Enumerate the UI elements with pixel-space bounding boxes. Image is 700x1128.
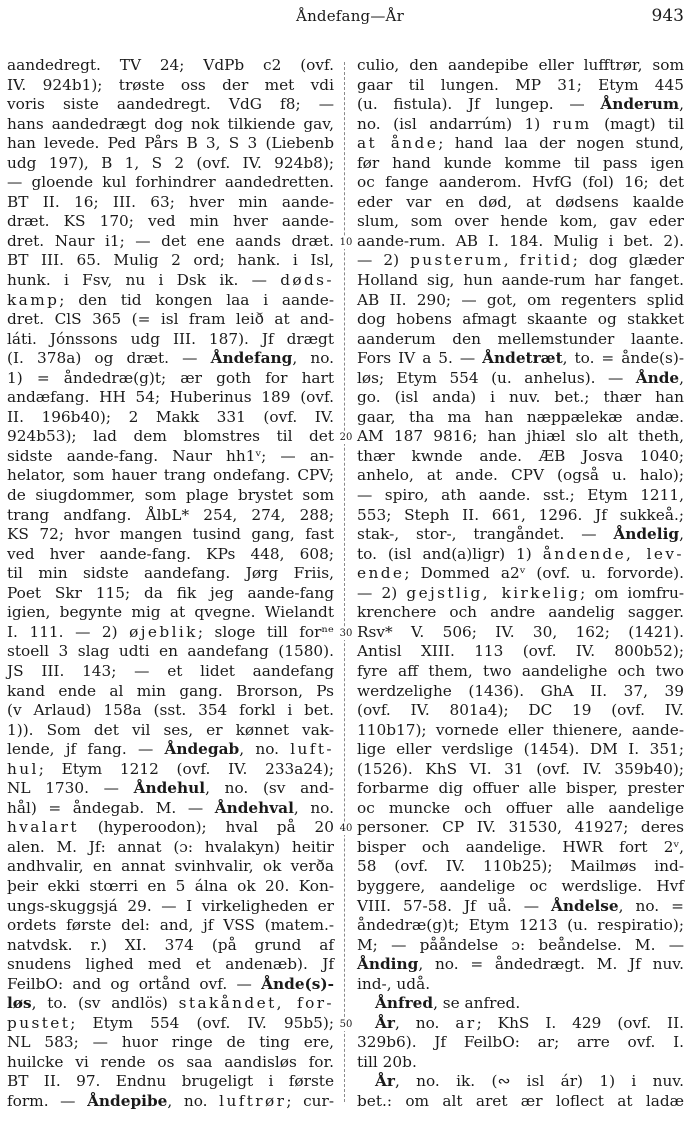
text-line: oc muncke och offuer alle aandelige xyxy=(357,799,684,819)
line-number: 50 xyxy=(339,1019,353,1031)
text-line: Ånfred, se anfred. xyxy=(357,994,684,1014)
text-line: gaar til lungen. MP 31; Etym 445 xyxy=(357,76,684,96)
text-line: Antisl XIII. 113 (ovf. IV. 800b52); xyxy=(357,642,684,662)
headword: Åndelse xyxy=(551,897,619,915)
text-line: — gloende kul forhindrer aandedretten. xyxy=(7,173,334,193)
spaced-definition: pusterum xyxy=(410,251,504,269)
headword: År xyxy=(375,1072,395,1090)
text-line: — 2) pusterum, fritid; dog glæder xyxy=(357,251,684,271)
text-line: forbarme dig offuer alle bisper, prester xyxy=(357,779,684,799)
text-line: 553; Steph II. 661, 1296. Jf sukkeå.; xyxy=(357,506,684,526)
text-line: trang andfang. ÅlbL* 254, 274, 288; xyxy=(7,506,334,526)
text-line: AM 187 9816; han jhiæl slo alt theth, xyxy=(357,427,684,447)
right-column: culio, den aandepibe eller lufftrør, som… xyxy=(357,56,684,1112)
headword: Åndegab xyxy=(165,740,240,758)
text-line: BT II. 16; III. 63; hver min aande- xyxy=(7,193,334,213)
text-line: bet.: om alt aret ær loflect at ladæ xyxy=(357,1092,684,1112)
text-line: go. (isl anda) i nuv. bet.; thær han xyxy=(357,388,684,408)
text-line: alen. M. Jf: annat (ɔ: hvalakyn) heitir xyxy=(7,838,334,858)
spaced-definition: hul xyxy=(7,760,39,778)
text-line: de siugdommer, som plage brystet som xyxy=(7,486,334,506)
headword: Åndefang xyxy=(211,349,293,367)
text-line: aande-rum. AB I. 184. Mulig i bet. 2). xyxy=(357,232,684,252)
text-line: stak-, stor-, trangåndet. — Åndelig, xyxy=(357,525,684,545)
text-line: M; — pååndelse ɔ: beåndelse. M. — xyxy=(357,936,684,956)
text-line: to. (isl and(a)ligr) 1) åndende, lev- xyxy=(357,545,684,565)
spaced-definition: stakåndet, for- xyxy=(179,994,334,1012)
text-line: I. 111. — 2) øjeblik; sloge till forⁿᵉ xyxy=(7,623,334,643)
text-line: NL 1730. — Åndehul, no. (sv and- xyxy=(7,779,334,799)
text-line: helator, som hauer trang ondefang. CPV; xyxy=(7,466,334,486)
text-line: KS 72; hvor mangen tusind gang, fast xyxy=(7,525,334,545)
text-line: Ånding, no. = åndedrægt. M. Jf nuv. xyxy=(357,955,684,975)
text-line: BT III. 65. Mulig 2 ord; hank. i Isl, xyxy=(7,251,334,271)
spaced-definition: åndende, lev- xyxy=(543,545,684,563)
spaced-definition: rum xyxy=(553,115,592,133)
text-line: til min sidste aandefang. Jørg Friis, xyxy=(7,564,334,584)
text-line: voris siste aandedregt. VdG f8; — xyxy=(7,95,334,115)
text-line: kamp; den tid kongen laa i aande- xyxy=(7,291,334,311)
text-line: snudens lighed med et andenæb). Jf xyxy=(7,955,334,975)
headword: Ånde(s)- xyxy=(261,975,334,993)
text-line: dog hobens afmagt skaante og stakket xyxy=(357,310,684,330)
text-line: 1) = åndedræ(g)t; ær goth for hart xyxy=(7,369,334,389)
spaced-definition: at ånde xyxy=(357,134,438,152)
text-line: — 2) gejstlig, kirkelig; om iomfru- xyxy=(357,584,684,604)
headword: Åndehval xyxy=(215,799,294,817)
spaced-definition: gejstlig, kirkelig xyxy=(406,584,580,602)
text-line: no. (isl andarrúm) 1) rum (magt) til xyxy=(357,115,684,135)
text-line: láti. Jónssons udg III. 187). Jf drægt xyxy=(7,330,334,350)
spaced-definition: luft- xyxy=(290,740,334,758)
text-line: ordets første del: and, jf VSS (matem.- xyxy=(7,916,334,936)
text-line: bisper och aandelige. HWR fort 2ᵛ, xyxy=(357,838,684,858)
headword: Åndepibe xyxy=(87,1092,167,1110)
text-line: slum, som over hende kom, gav eder xyxy=(357,212,684,232)
running-head-title: Åndefang—År xyxy=(0,7,700,25)
text-line: — spiro, ath aande. sst.; Etym 1211, xyxy=(357,486,684,506)
text-line: før hand kunde komme til pass igen xyxy=(357,154,684,174)
text-line: huilcke vi rende os saa aandisløs for. xyxy=(7,1053,334,1073)
text-line: natvdsk. r.) XI. 374 (på grund af xyxy=(7,936,334,956)
text-line: NL 583; — huor ringe de ting ere, xyxy=(7,1033,334,1053)
headword: Ånde xyxy=(636,369,679,387)
text-line: lige eller verdslige (1454). DM I. 351; xyxy=(357,740,684,760)
text-line: culio, den aandepibe eller lufftrør, som xyxy=(357,56,684,76)
text-line: personer. CP IV. 31530, 41927; deres xyxy=(357,818,684,838)
text-line: 924b53); lad dem blomstres til det xyxy=(7,427,334,447)
text-line: byggere, aandelige oc werdslige. Hvf xyxy=(357,877,684,897)
text-line: eder var en død, at dødsens kaalde xyxy=(357,193,684,213)
text-line: 110b17); vornede eller thienere, aande- xyxy=(357,721,684,741)
text-line: løs; Etym 554 (u. anhelus). — Ånde, xyxy=(357,369,684,389)
text-line: AB II. 290; — got, om regenters splid xyxy=(357,291,684,311)
text-line: (ovf. IV. 801a4); DC 19 (ovf. IV. xyxy=(357,701,684,721)
text-line: hål) = åndegab. M. — Åndehval, no. xyxy=(7,799,334,819)
text-line: gaar, tha ma han næppælekæ andæ. xyxy=(357,408,684,428)
text-line: ungs-skuggsjá 29. — I virkeligheden er xyxy=(7,897,334,917)
text-line: løs, to. (sv andlös) stakåndet, for- xyxy=(7,994,334,1014)
text-line: thær kwnde ande. ÆB Josva 1040; xyxy=(357,447,684,467)
headword: Ånfred xyxy=(375,994,433,1012)
text-line: pustet; Etym 554 (ovf. IV. 95b5); xyxy=(7,1014,334,1034)
text-line: udg 197), B 1, S 2 (ovf. IV. 924b8); xyxy=(7,154,334,174)
text-line: Poet Skr 115; da fik jeg aande-fang xyxy=(7,584,334,604)
text-line: (u. fistula). Jf lungep. — Ånderum, xyxy=(357,95,684,115)
spaced-definition: ar xyxy=(455,1014,476,1032)
spaced-definition: luftrør xyxy=(219,1092,286,1110)
spaced-definition: ende xyxy=(357,564,404,582)
text-line: dræt. KS 170; ved min hver aande- xyxy=(7,212,334,232)
text-line: at ånde; hand laa der nogen stund, xyxy=(357,134,684,154)
text-line: igien, begynte mig at qvegne. Wielandt xyxy=(7,603,334,623)
text-line: (v Arlaud) 158a (sst. 354 forkl i bet. xyxy=(7,701,334,721)
text-line: FeilbO: and og ortånd ovf. — Ånde(s)- xyxy=(7,975,334,995)
line-number: 10 xyxy=(339,237,353,249)
headword: Ånding xyxy=(357,955,418,973)
text-line: (I. 378a) og dræt. — Åndefang, no. xyxy=(7,349,334,369)
text-line: anhelo, at ande. CPV (også u. halo); xyxy=(357,466,684,486)
left-column: aandedregt. TV 24; VdPb c2 (ovf.IV. 924b… xyxy=(7,56,334,1112)
text-line: VIII. 57-58. Jf uå. — Åndelse, no. = xyxy=(357,897,684,917)
line-number: 40 xyxy=(339,823,353,835)
text-line: dret. ClS 365 (= isl fram leið at and- xyxy=(7,310,334,330)
text-line: hunk. i Fsv, nu i Dsk ik. — døds- xyxy=(7,271,334,291)
text-line: Fors IV a 5. — Åndetræt, to. = ånde(s)- xyxy=(357,349,684,369)
headword: Åndetræt xyxy=(482,349,563,367)
spaced-definition: fritid xyxy=(520,251,573,269)
text-line: åndedræ(g)t; Etym 1213 (u. respiratio); xyxy=(357,916,684,936)
spaced-definition: døds- xyxy=(280,271,334,289)
running-head: Åndefang—År 943 xyxy=(0,0,700,40)
text-line: form. — Åndepibe, no. luftrør; cur- xyxy=(7,1092,334,1112)
text-line: krenchere och andre aandelig sagger. xyxy=(357,603,684,623)
text-line: BT II. 97. Endnu brugeligt i første xyxy=(7,1072,334,1092)
text-line: till 20b. xyxy=(357,1053,684,1073)
text-line: oc fange aanderom. HvfG (fol) 16; det xyxy=(357,173,684,193)
text-line: Holland sig, hun aande-rum har fanget. xyxy=(357,271,684,291)
spaced-definition: kamp xyxy=(7,291,59,309)
text-line: 58 (ovf. IV. 110b25); Mailmøs ind- xyxy=(357,857,684,877)
text-line: þeir ekki stœrri en 5 álna ok 20. Kon- xyxy=(7,877,334,897)
text-line: kand ende al min gang. Brorson, Ps xyxy=(7,682,334,702)
page-number: 943 xyxy=(652,6,684,26)
spaced-definition: hvalart xyxy=(7,818,79,836)
headword: Åndelig xyxy=(613,525,679,543)
spaced-definition: øjeblik xyxy=(129,623,198,641)
text-line: fyre aff them, two aandelighe och two xyxy=(357,662,684,682)
text-line: lende, jf fang. — Åndegab, no. luft- xyxy=(7,740,334,760)
text-line: ind-, udå. xyxy=(357,975,684,995)
headword: Ånderum xyxy=(600,95,679,113)
text-line: IV. 924b1); trøste oss der met vdi xyxy=(7,76,334,96)
text-line: År, no. ik. (∾ isl ár) 1) i nuv. xyxy=(357,1072,684,1092)
line-number: 30 xyxy=(339,628,353,640)
text-line: dret. Naur i1; — det ene aands dræt. xyxy=(7,232,334,252)
text-line: sidste aande-fang. Naur hh1ᵛ; — an- xyxy=(7,447,334,467)
text-line: aandedregt. TV 24; VdPb c2 (ovf. xyxy=(7,56,334,76)
text-line: andhvalir, en annat svinhvalir, ok verða xyxy=(7,857,334,877)
text-line: År, no. ar; KhS I. 429 (ovf. II. xyxy=(357,1014,684,1034)
text-line: aanderum den mellemstunder laante. xyxy=(357,330,684,350)
headword: År xyxy=(375,1014,395,1032)
text-line: hans aandedrægt dog nok tilkiende gav, xyxy=(7,115,334,135)
text-line: (1526). KhS VI. 31 (ovf. IV. 359b40); xyxy=(357,760,684,780)
text-line: ved hver aande-fang. KPs 448, 608; xyxy=(7,545,334,565)
headword: løs xyxy=(7,994,32,1012)
text-line: werdzelighe (1436). GhA II. 37, 39 xyxy=(357,682,684,702)
text-line: ende; Dommed a2ᵛ (ovf. u. forvorde). xyxy=(357,564,684,584)
text-line: hvalart (hyperoodon); hval på 20 xyxy=(7,818,334,838)
text-line: andæfang. HH 54; Huberinus 189 (ovf. xyxy=(7,388,334,408)
headword: Åndehul xyxy=(134,779,205,797)
line-number: 20 xyxy=(339,432,353,444)
column-divider xyxy=(344,62,345,1102)
text-line: Rsv* V. 506; IV. 30, 162; (1421). xyxy=(357,623,684,643)
text-line: 329b6). Jf FeilbO: ar; arre ovf. I. xyxy=(357,1033,684,1053)
text-line: han levede. Ped Pårs B 3, S 3 (Liebenb xyxy=(7,134,334,154)
text-line: JS III. 143; — et lidet aandefang xyxy=(7,662,334,682)
text-line: II. 196b40); 2 Makk 331 (ovf. IV. xyxy=(7,408,334,428)
text-line: hul; Etym 1212 (ovf. IV. 233a24); xyxy=(7,760,334,780)
spaced-definition: pustet xyxy=(7,1014,70,1032)
text-line: 1)). Som det vil ses, er kønnet vak- xyxy=(7,721,334,741)
text-line: stoell 3 slag udti en aandefang (1580). xyxy=(7,642,334,662)
